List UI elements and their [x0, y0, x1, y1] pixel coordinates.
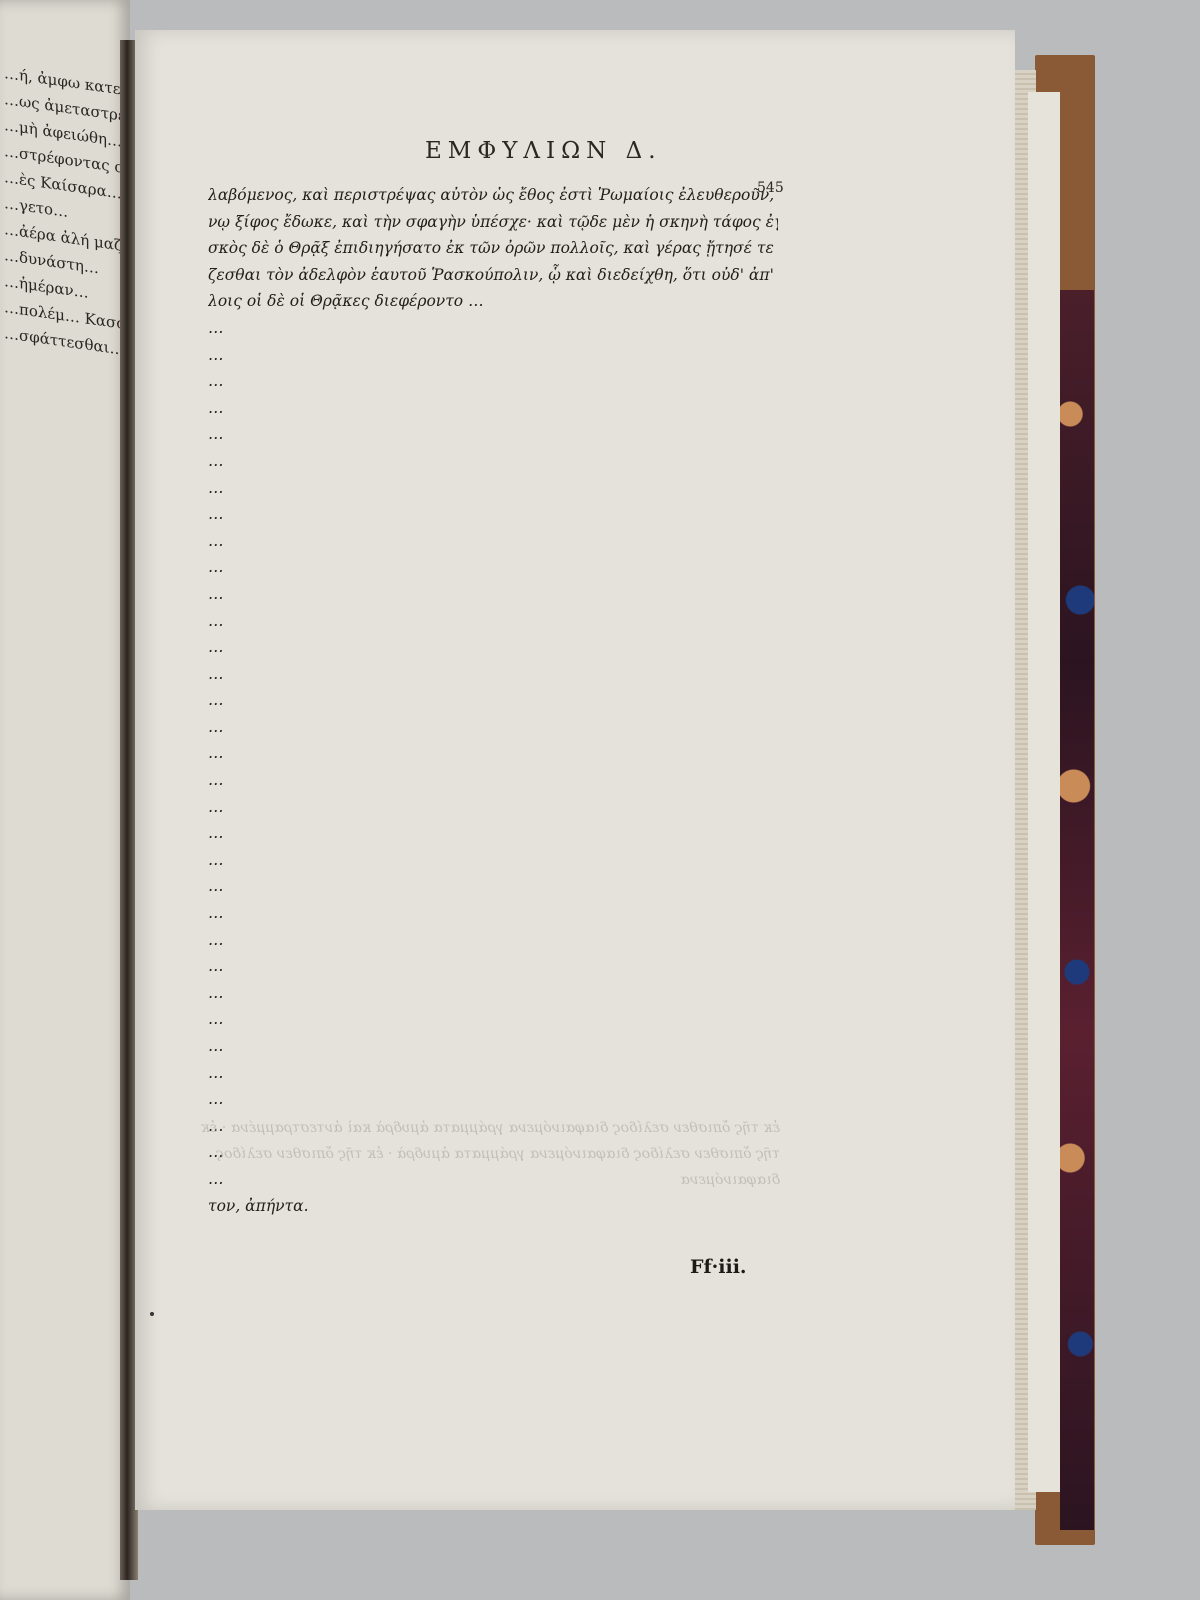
ink-dot — [150, 1312, 154, 1316]
text-line: … — [208, 687, 778, 714]
text-line: νῳ ξίφος ἔδωκε, καὶ τὴν σφαγὴν ὑπέσχε· κ… — [208, 209, 778, 236]
text-line: … — [208, 421, 778, 448]
text-line: … — [208, 448, 778, 475]
marbled-endpaper — [1060, 290, 1094, 1530]
text-line: … — [208, 953, 778, 980]
text-line: … — [208, 900, 778, 927]
left-page-text: …ή, ἀμφω κατεῖθεν.…ως ἀμεταστρεπτὶ.…μὴ ἀ… — [4, 60, 124, 363]
text-line: … — [208, 608, 778, 635]
text-line: … — [208, 395, 778, 422]
text-line: … — [208, 634, 778, 661]
text-line: … — [208, 980, 778, 1007]
flyleaf — [1028, 92, 1060, 1492]
text-line: σκὸς δὲ ὁ Θρᾷξ ἐπιδιηγήσατο ἐκ τῶν ὀρῶν … — [208, 235, 778, 262]
text-line: … — [208, 714, 778, 741]
body-text: λαβόμενος, καὶ περιστρέψας αὐτὸν ὡς ἔθος… — [208, 182, 778, 1219]
text-line: … — [208, 767, 778, 794]
text-line: λοις οἱ δὲ οἱ Θρᾷκες διεφέροντο … — [208, 288, 778, 315]
text-line: … — [208, 1060, 778, 1087]
text-line: … — [208, 927, 778, 954]
text-line: … — [208, 1033, 778, 1060]
text-line: … — [208, 342, 778, 369]
text-line: … — [208, 581, 778, 608]
text-line: … — [208, 1086, 778, 1113]
text-line: … — [208, 740, 778, 767]
text-line: … — [208, 661, 778, 688]
signature-mark: Ff·iii. — [690, 1256, 747, 1278]
text-line: … — [208, 1006, 778, 1033]
show-through-text: ἐκ τῆς ὄπισθεν σελίδος διαφαινόμενα γράμ… — [190, 1115, 780, 1193]
text-line: … — [208, 501, 778, 528]
text-line: … — [208, 873, 778, 900]
text-line: … — [208, 794, 778, 821]
running-head: ΕΜΦΥΛΙΩΝ Δ. — [425, 138, 662, 164]
text-line: … — [208, 475, 778, 502]
text-line: … — [208, 820, 778, 847]
text-line: … — [208, 847, 778, 874]
text-line: λαβόμενος, καὶ περιστρέψας αὐτὸν ὡς ἔθος… — [208, 182, 778, 209]
text-line: … — [208, 554, 778, 581]
text-line: ζεσθαι τὸν ἀδελφὸν ἑαυτοῦ Ῥασκούπολιν, ᾧ… — [208, 262, 778, 289]
text-line: τον, ἀπήντα. — [208, 1193, 778, 1220]
text-line: … — [208, 528, 778, 555]
text-line: … — [208, 368, 778, 395]
text-line: … — [208, 315, 778, 342]
left-page: …ή, ἀμφω κατεῖθεν.…ως ἀμεταστρεπτὶ.…μὴ ἀ… — [0, 0, 130, 1600]
